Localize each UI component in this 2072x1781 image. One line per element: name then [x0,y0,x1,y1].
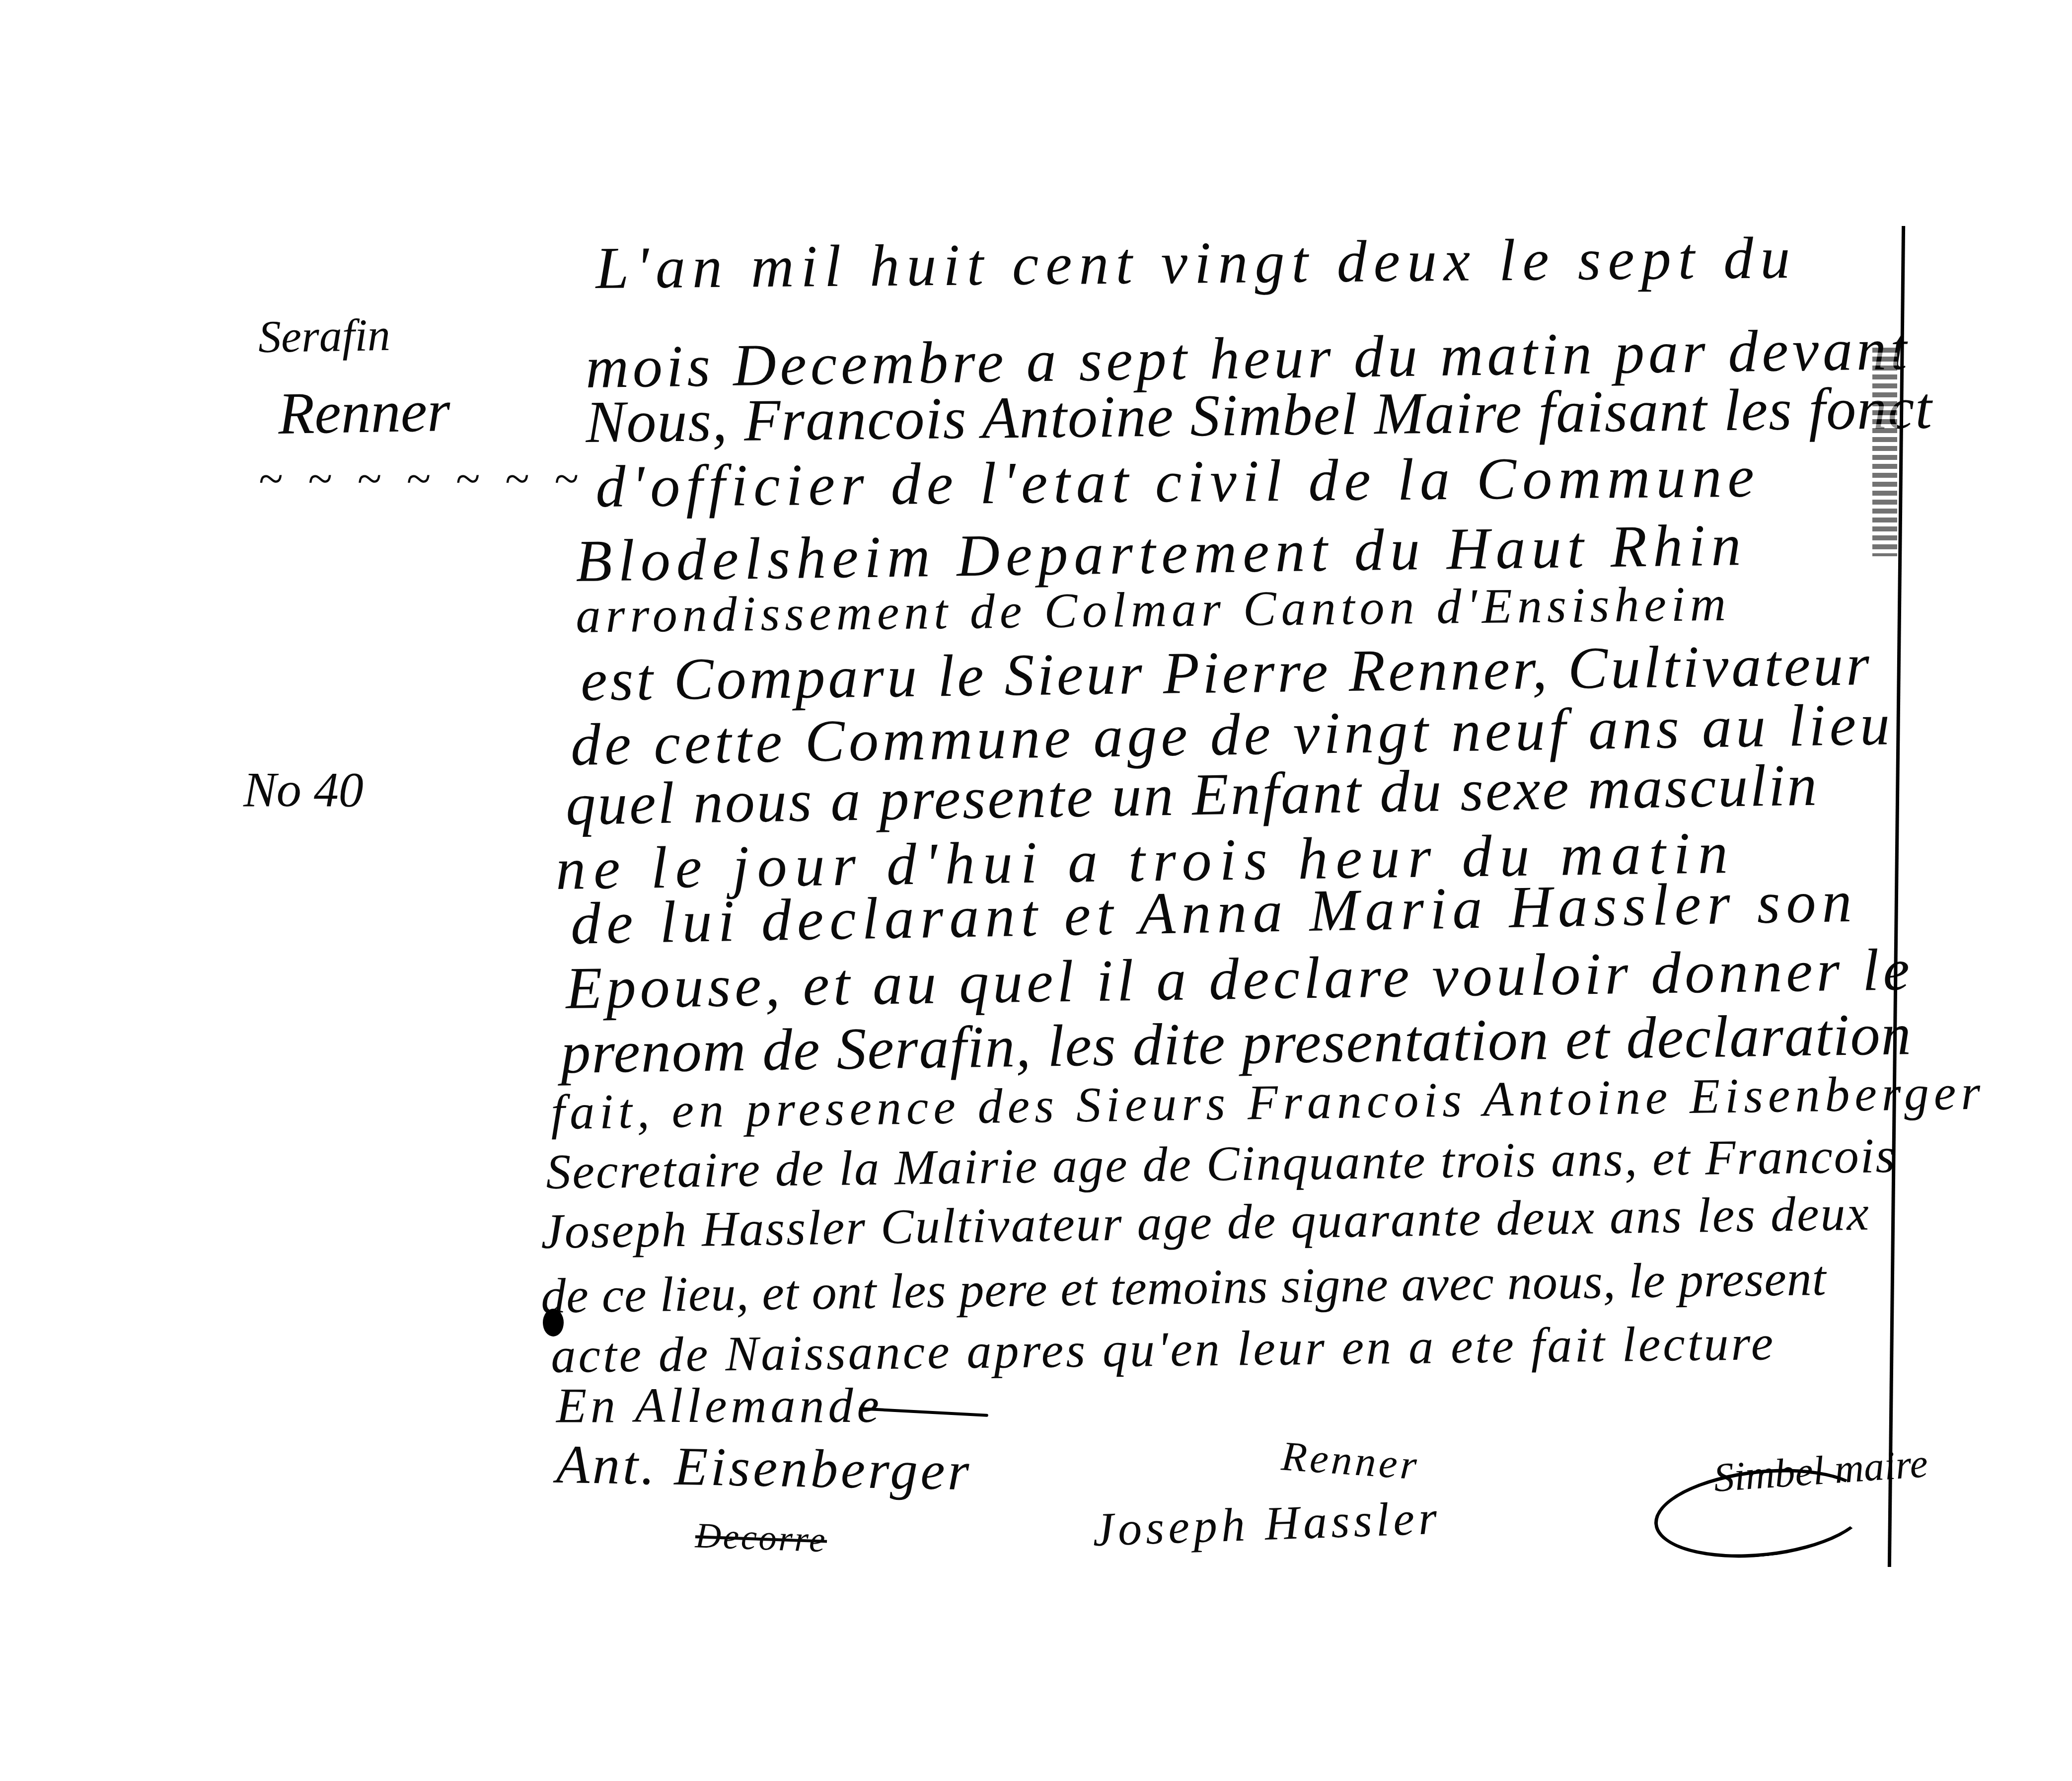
body-line-19: En Allemande [556,1381,883,1430]
body-line-4: d'officier de l'etat civil de la Commune [595,447,1760,517]
page-edge-smudge [1872,348,1897,556]
margin-record-number: No 40 [243,765,364,815]
signature-renner: Renner [1280,1435,1421,1486]
body-line-18: acte de Naissance apres qu'en leur en a … [551,1318,1776,1381]
body-line-16: Joseph Hassler Cultivateur age de quaran… [541,1188,1871,1257]
body-line-6: arrondissement de Colmar Canton d'Ensish… [576,579,1731,641]
signature-joseph-hassler: Joseph Hassler [1092,1494,1442,1554]
body-line-15: Secretaire de la Mairie age de Cinquante… [546,1131,1897,1197]
signature-struck-name: Decorre [695,1517,828,1558]
signature-eisenberger: Ant. Eisenberger [556,1437,972,1499]
margin-child-name: Serafin [258,312,390,360]
margin-tilde-marks: ~ ~ ~ ~ ~ ~ ~ [258,457,585,502]
ink-blot [543,1309,564,1336]
body-line-3: Nous, Francois Antoine Simbel Maire fais… [586,378,1933,452]
margin-surname: Renner [278,381,451,444]
document-page: Serafin Renner ~ ~ ~ ~ ~ ~ ~ No 40 L'an … [0,0,2072,1781]
body-line-1: L'an mil huit cent vingt deux le sept du [595,228,1797,298]
body-line-17: de ce lieu, et ont les pere et temoins s… [541,1254,1827,1321]
